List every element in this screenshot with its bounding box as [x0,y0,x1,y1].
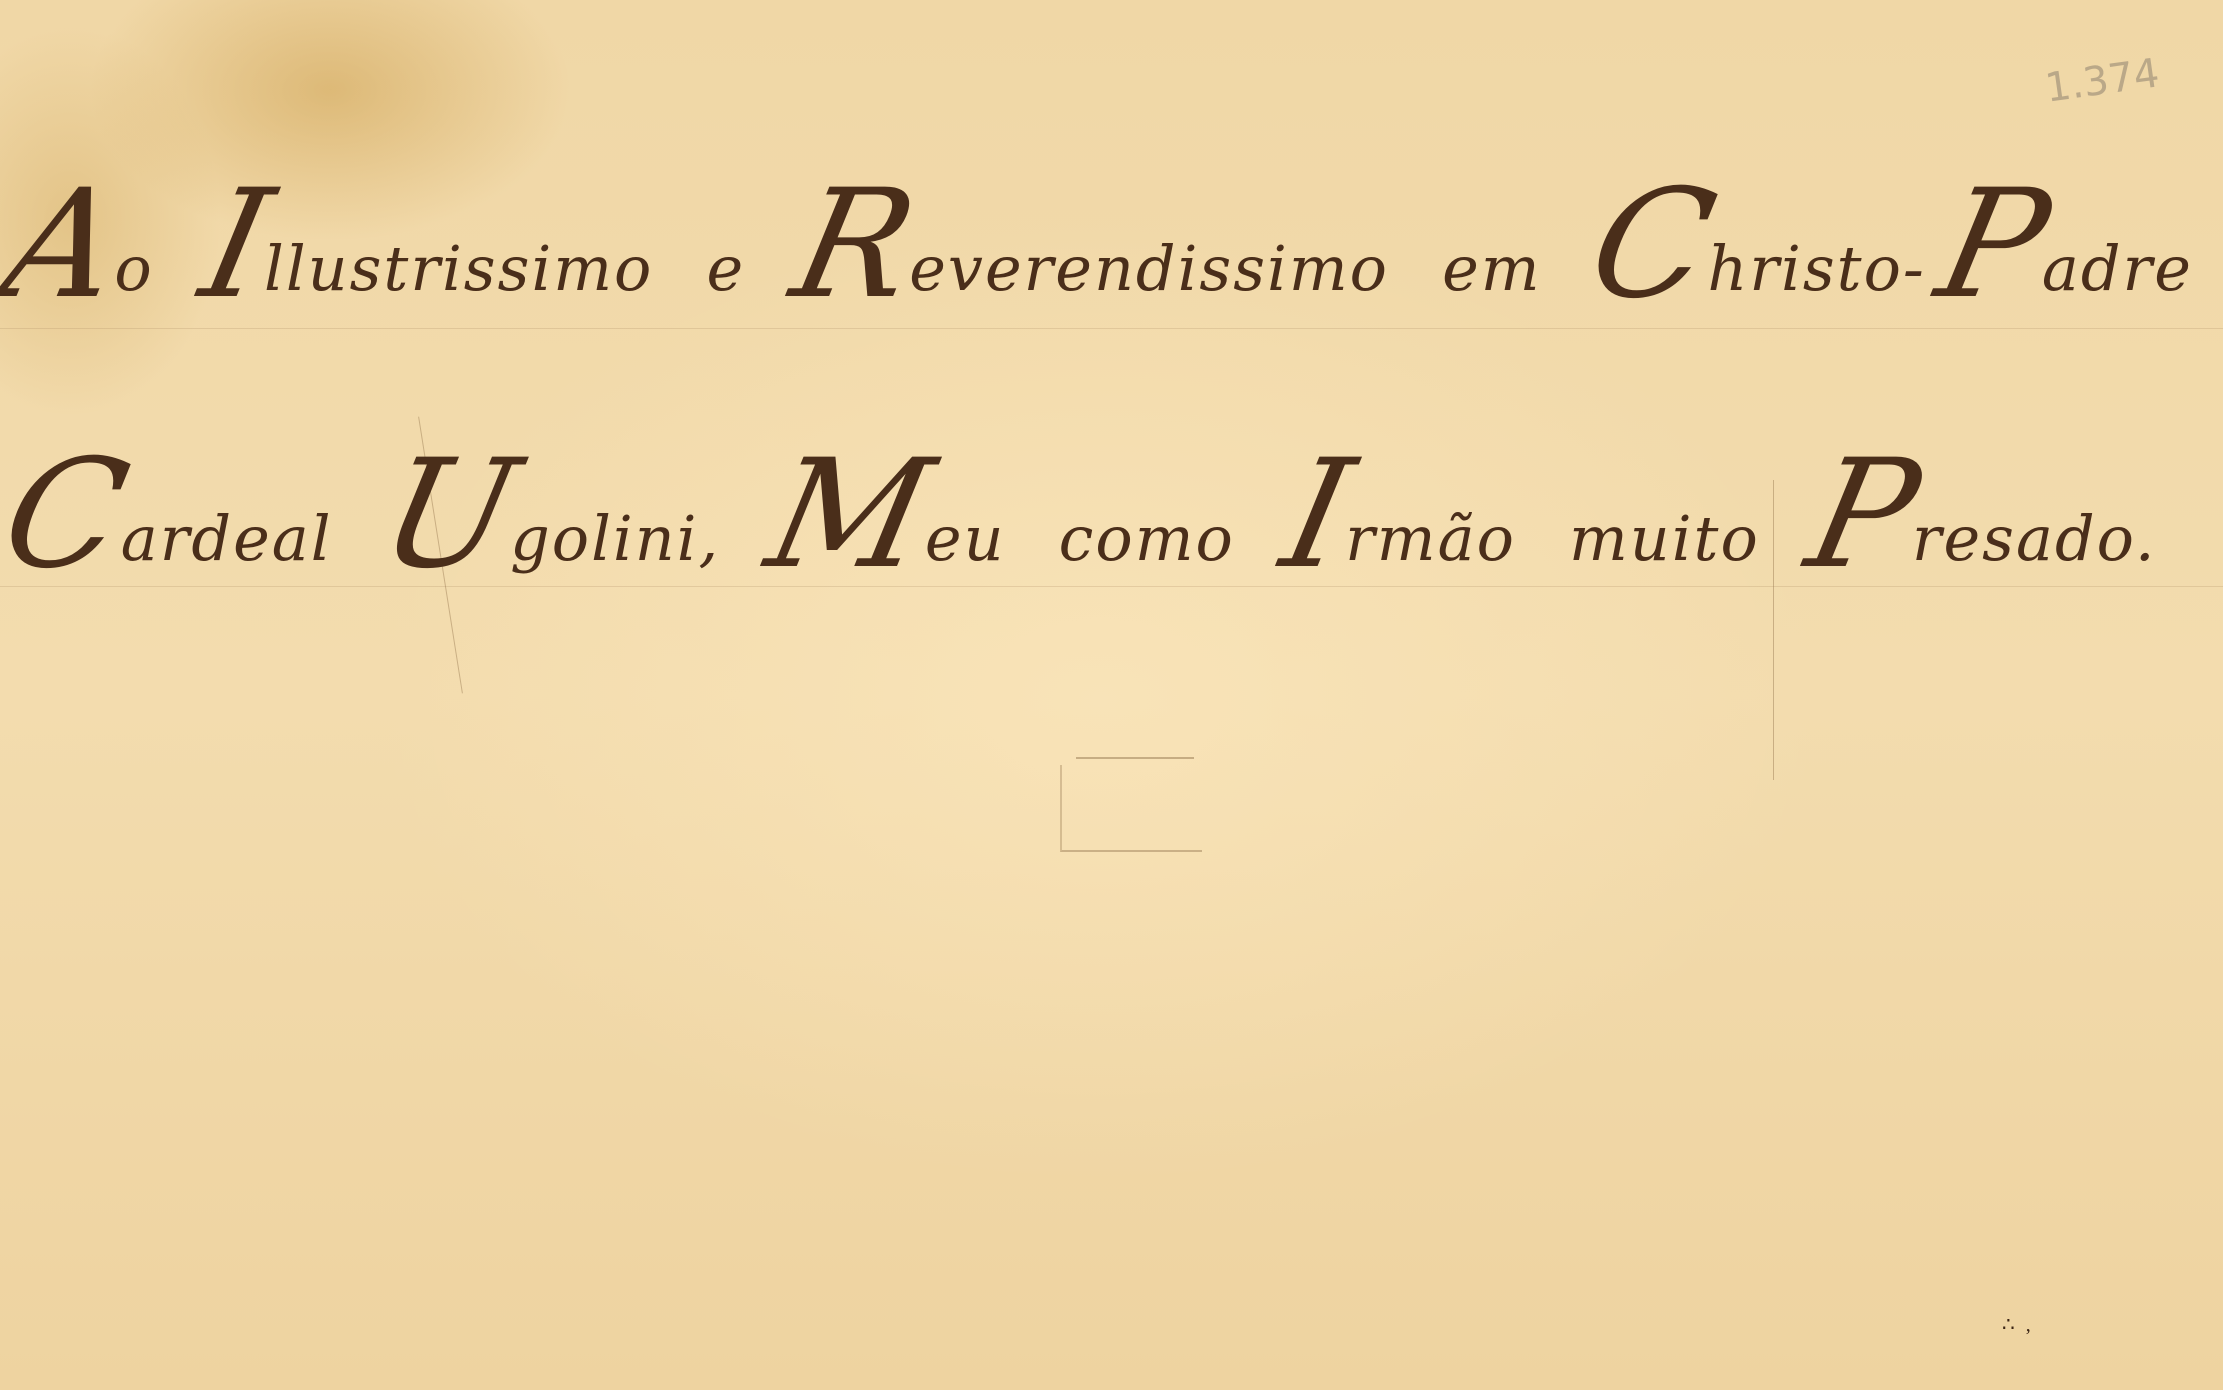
word-ugolini: Ugolini, [386,440,721,590]
word-reverendissimo: Reverendissimo [798,170,1389,320]
word-cardeal: Cardeal [8,440,333,590]
faint-ruled-line-1 [0,328,2223,329]
word-e: e [706,232,745,305]
document-page: 1.374 Ao Illustrissimo e Reverendissimo … [0,0,2223,1390]
word-meu: Meu [773,440,1005,590]
word-em: em [1442,232,1541,305]
word-muito: muito [1569,502,1760,575]
word-padre: Padre [1943,170,2193,320]
word-como: como [1059,502,1235,575]
faint-stamp-outline [1060,765,1202,852]
word-presado: Presado. [1813,440,2157,590]
address-line-2: Cardeal Ugolini, Meu como Irmão muito Pr… [8,440,2203,590]
word-irmao: Irmão [1288,440,1516,590]
word-illustrissimo: Illustrissimo [207,170,654,320]
pencil-annotation: 1.374 [2042,50,2162,111]
word-ao: Ao [8,170,154,320]
address-line-1: Ao Illustrissimo e Reverendissimo em Chr… [8,170,2223,320]
word-christo: Christo- [1595,170,1926,320]
ink-spots: ∴ , [2002,1312,2034,1337]
